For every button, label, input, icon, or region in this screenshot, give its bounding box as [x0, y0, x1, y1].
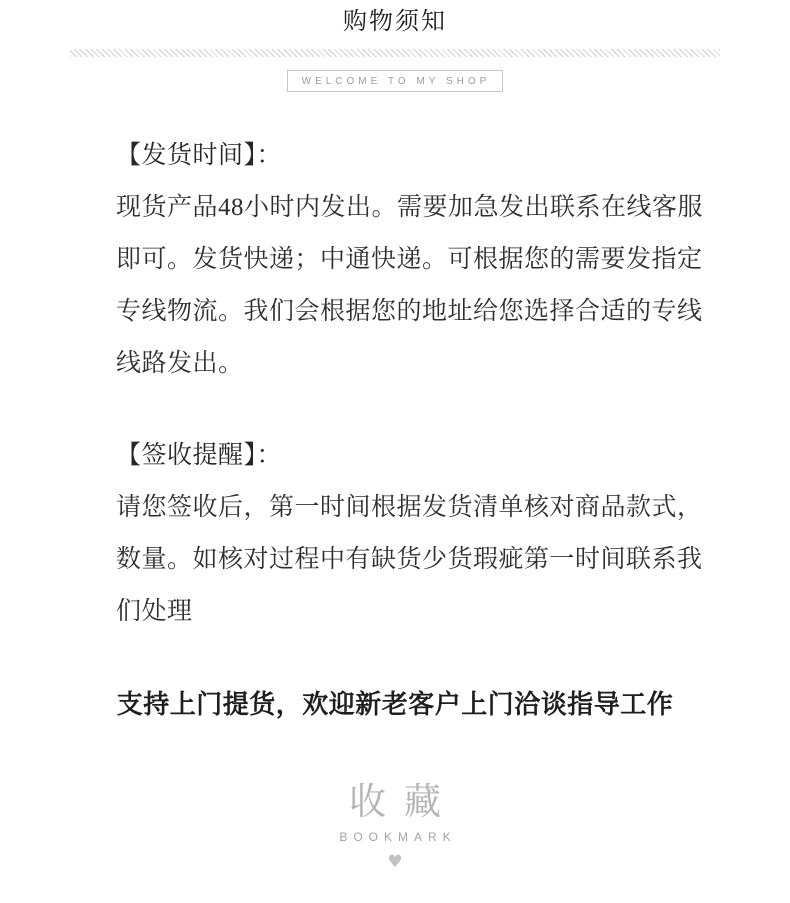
heart-icon: ♥: [0, 853, 790, 871]
section-text-line: 即可。发货快递；中通快递。可根据您的需要发指定: [116, 234, 720, 286]
section-receipt-reminder: 【签收提醒】： 请您签收后，第一时间根据发货清单核对商品款式， 数量。如核对过程…: [116, 430, 720, 638]
page-title: 购物须知: [0, 0, 790, 36]
section-heading: 【签收提醒】：: [116, 430, 720, 482]
section-text-line: 线路发出。: [116, 338, 720, 390]
section-text-line: 专线物流。我们会根据您的地址给您选择合适的专线: [116, 286, 720, 338]
hatch-divider: [70, 49, 720, 57]
bookmark-title-cn: 收藏: [0, 783, 790, 823]
pickup-highlight-text: 支持上门提货，欢迎新老客户上门洽谈指导工作: [0, 679, 790, 731]
section-text-line: 请您签收后，第一时间根据发货清单核对商品款式，: [116, 482, 720, 534]
welcome-badge-row: WELCOME TO MY SHOP: [0, 70, 790, 92]
welcome-badge: WELCOME TO MY SHOP: [287, 70, 504, 92]
bookmark-title-en: BOOKMARK: [0, 830, 790, 844]
section-text-line: 数量。如核对过程中有缺货少货瑕疵第一时间联系我: [116, 534, 720, 586]
section-shipping-time: 【发货时间】： 现货产品48小时内发出。需要加急发出联系在线客服 即可。发货快递…: [116, 130, 720, 390]
section-text-line: 现货产品48小时内发出。需要加急发出联系在线客服: [116, 182, 720, 234]
shopping-notice-page: 购物须知 WELCOME TO MY SHOP 【发货时间】： 现货产品48小时…: [0, 0, 790, 903]
section-text-line: 们处理: [116, 586, 720, 638]
section-heading: 【发货时间】：: [116, 130, 720, 182]
